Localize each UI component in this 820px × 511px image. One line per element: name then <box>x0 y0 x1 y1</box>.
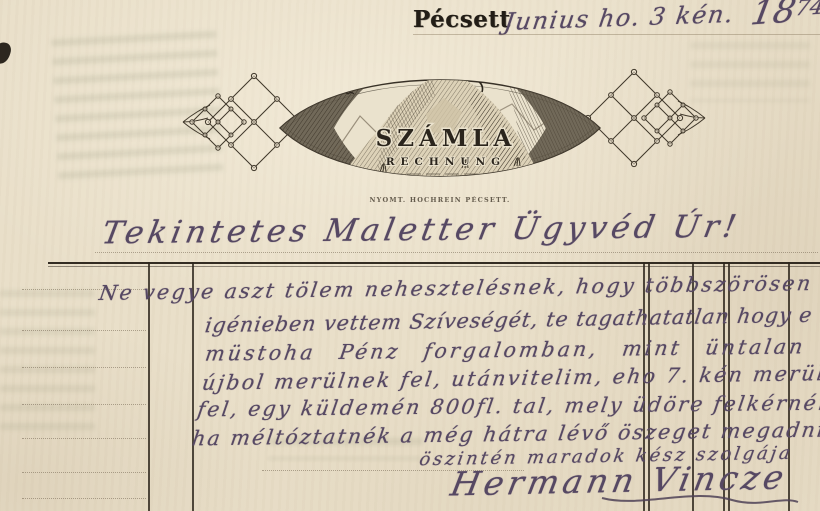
margin-ruling <box>22 404 146 405</box>
printer-mark: NYOMT. HOCHREIN PÉCSETT. <box>330 196 550 204</box>
letterhead-title-secondary: RECHNUNG <box>386 156 506 168</box>
invoice-letter-document: Pécsett Junius ho. 3 kén. 1874 <box>0 0 820 511</box>
margin-ruling <box>22 438 146 439</box>
ink-blot <box>0 40 13 66</box>
margin-ruling <box>22 498 146 499</box>
dateline-place: Pécsett <box>413 6 511 33</box>
signature-flourish <box>600 486 800 510</box>
dateline-rule <box>413 34 820 35</box>
margin-ruling <box>22 367 146 368</box>
vignette-animal <box>424 60 475 80</box>
dateline-year-small: 74 <box>793 0 820 21</box>
dateline-handwritten-date: Junius ho. 3 kén. <box>502 0 736 36</box>
salutation-rule <box>95 252 818 253</box>
dateline-year-big: 18 <box>748 0 799 33</box>
bleedthrough-left-margin <box>0 290 95 435</box>
bleedthrough-top-right <box>690 42 810 102</box>
salutation: Tekintetes Maletter Ügyvéd Úr! <box>99 209 743 252</box>
body-line: müstoha Pénz forgalomban, mint üntalan <box>204 334 808 365</box>
table-top-rule-thin <box>48 266 820 267</box>
letterhead-title-primary: SZÁMLA <box>376 125 517 152</box>
body-line: Ne vegye aszt tölem nehesztelésnek, hogy… <box>98 271 815 305</box>
table-top-rule <box>48 262 820 264</box>
lattice-ornament-right <box>586 56 708 178</box>
margin-ruling <box>22 330 146 331</box>
dateline-year: 1874 <box>748 0 820 33</box>
body-line: fel, egy küldemén 800fl. tal, mely üdöre… <box>196 391 820 422</box>
margin-ruling <box>22 472 146 473</box>
letterhead-vignette: SZÁMLA RECHNUNG <box>276 54 604 198</box>
